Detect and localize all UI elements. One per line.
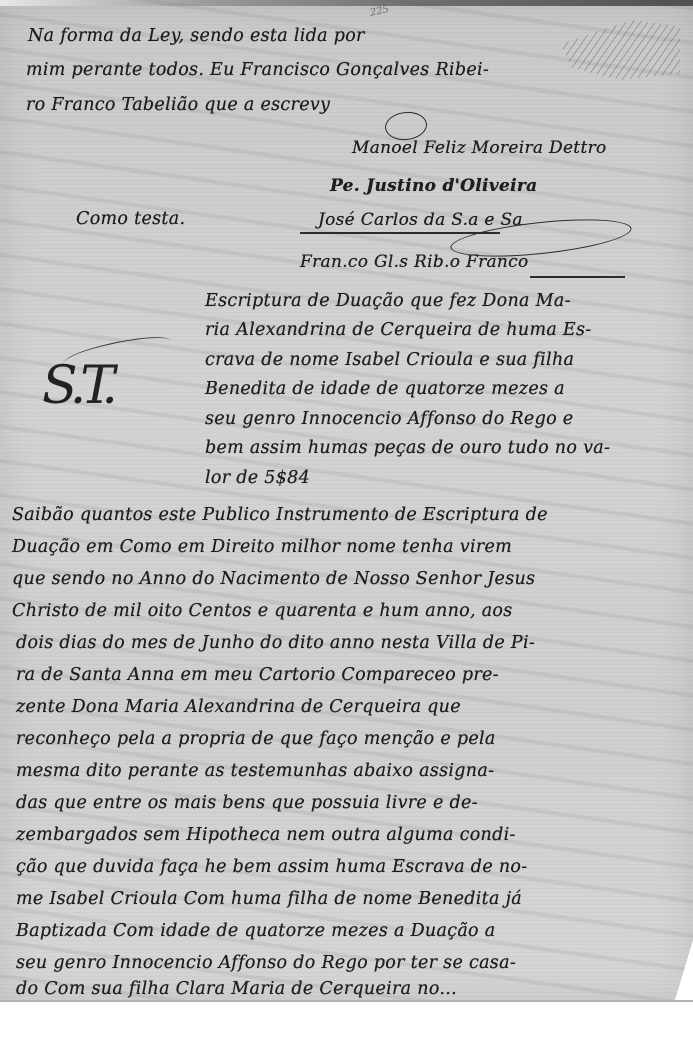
body-line-5: dois dias do mes de Junho do dito anno n… bbox=[16, 633, 535, 653]
signature-1: Manoel Feliz Moreira Dettro bbox=[352, 138, 607, 158]
body-line-12: ção que duvida faça he bem assim huma Es… bbox=[16, 857, 527, 877]
header-line-3: ro Franco Tabelião que a escrevy bbox=[26, 95, 330, 115]
title-line-3: crava de nome Isabel Crioula e sua filha bbox=[205, 350, 574, 370]
body-line-15: seu genro Innocencio Affonso do Rego por… bbox=[16, 953, 516, 973]
body-line-14: Baptizada Com idade de quatorze mezes a … bbox=[16, 921, 495, 941]
body-line-16: do Com sua filha Clara Maria de Cerqueir… bbox=[16, 979, 457, 999]
header-line-1: Na forma da Ley, sendo esta lida por bbox=[28, 26, 365, 46]
title-line-2: ria Alexandrina de Cerqueira de huma Es- bbox=[205, 320, 592, 340]
body-line-2: Duação em Como em Direito milhor nome te… bbox=[12, 537, 512, 557]
body-line-13: me Isabel Crioula Com huma filha de nome… bbox=[16, 889, 522, 909]
body-line-6: ra de Santa Anna em meu Cartorio Compare… bbox=[16, 665, 499, 685]
body-line-11: zembargados sem Hipotheca nem outra algu… bbox=[16, 825, 516, 845]
signature-3: José Carlos da S.a e Sa bbox=[318, 210, 523, 230]
title-line-5: seu genro Innocencio Affonso do Rego e bbox=[205, 409, 573, 429]
title-line-7: lor de 5$84 bbox=[205, 468, 310, 488]
monogram: S.T. bbox=[42, 356, 112, 416]
crossed-out-signature-scribble bbox=[560, 20, 680, 80]
title-line-4: Benedita de idade de quatorze mezes a bbox=[205, 379, 565, 399]
signature-underline bbox=[300, 232, 500, 234]
body-line-4: Christo de mil oito Centos e quarenta e … bbox=[12, 601, 513, 621]
body-line-7: zente Dona Maria Alexandrina de Cerqueir… bbox=[16, 697, 461, 717]
page-top-edge bbox=[0, 0, 693, 6]
witness-note: Como testa. bbox=[76, 209, 185, 229]
signature-4: Fran.co Gl.s Rib.o Franco bbox=[300, 252, 529, 272]
header-line-2: mim perante todos. Eu Francisco Gonçalve… bbox=[26, 60, 489, 80]
body-line-10: das que entre os mais bens que possuia l… bbox=[16, 793, 478, 813]
title-line-1: Escriptura de Duação que fez Dona Ma- bbox=[205, 291, 571, 311]
page-number: 225 bbox=[369, 4, 390, 19]
body-line-8: reconheço pela a propria de que faço men… bbox=[16, 729, 496, 749]
title-line-6: bem assim humas peças de ouro tudo no va… bbox=[205, 438, 610, 458]
signature-2: Pe. Justino d'Oliveira bbox=[330, 176, 537, 196]
body-line-1: Saibão quantos este Publico Instrumento … bbox=[12, 505, 548, 525]
manuscript-page: 225 Na forma da Ley, sendo esta lida por… bbox=[0, 0, 693, 1002]
signature-4-underline bbox=[530, 276, 625, 278]
body-line-3: que sendo no Anno do Nacimento de Nosso … bbox=[12, 569, 535, 589]
body-line-9: mesma dito perante as testemunhas abaixo… bbox=[16, 761, 494, 781]
